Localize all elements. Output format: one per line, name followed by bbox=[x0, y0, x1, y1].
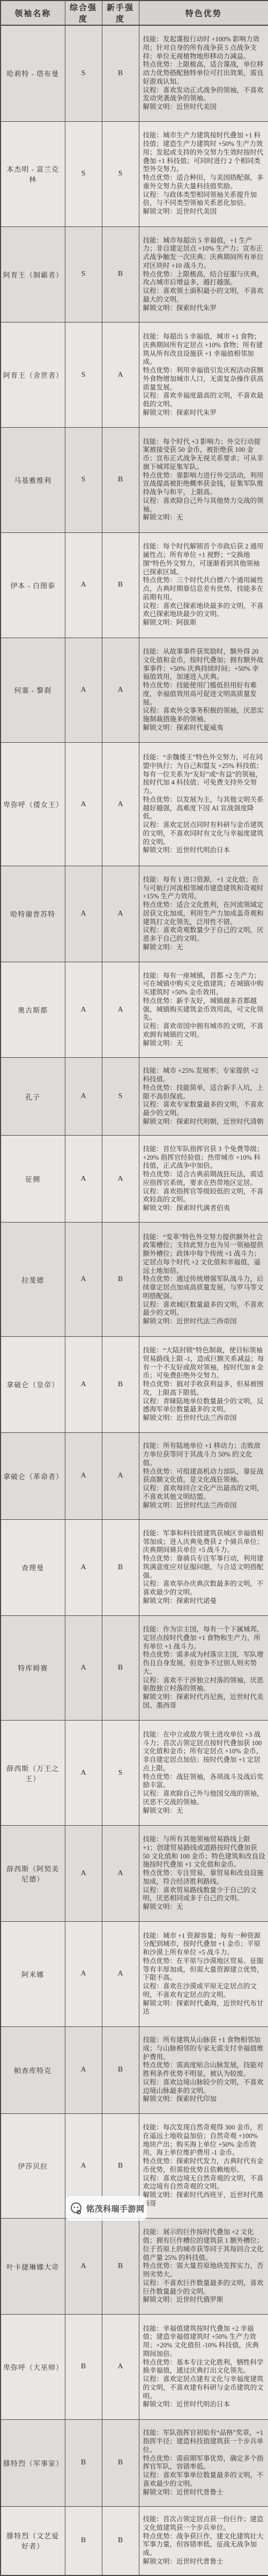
overall-grade-cell: A bbox=[65, 2026, 102, 2113]
leader-name-cell: 拉斐德 bbox=[1, 1223, 65, 1337]
leader-name-cell: 叶卡捷琳娜大帝 bbox=[1, 2219, 65, 2315]
table-row: 薛西斯（万王之王） A S 技能：在中立或敌方领土进攻单位 +3 战斗力；首次占… bbox=[1, 1721, 268, 1826]
table-row: 阿育王（制霸者） S B 技能：城市每超出 5 幸福值，+1 生产力；非自建定居… bbox=[1, 226, 268, 323]
leader-name-cell: 何塞 - 黎刹 bbox=[1, 638, 65, 743]
leader-name-cell: 特库姆赛 bbox=[1, 1615, 65, 1721]
watermark-logo-icon bbox=[69, 2201, 84, 2216]
table-row: 腓特烈（文艺爱好者） B B 技能：首次占领定居点获一份巨作；建造文化值建筑获一… bbox=[1, 2506, 268, 2575]
overall-grade-cell: B bbox=[65, 2315, 102, 2420]
leader-details-cell: 技能：每有 1 进口资源，+1 文化值；在与可航行河流相邻城市建造建筑和奇观时 … bbox=[139, 866, 268, 962]
overall-grade-cell: S bbox=[65, 121, 102, 226]
overall-grade-cell: A bbox=[65, 1615, 102, 1721]
watermark: 铭茂科瑞手游网 bbox=[65, 2196, 147, 2221]
newbie-grade-cell: A bbox=[102, 1136, 139, 1223]
leader-name-cell: 帕查库特克 bbox=[1, 2026, 65, 2113]
newbie-grade-cell: B bbox=[102, 1615, 139, 1721]
leader-name-cell: 拿破仑（革命者） bbox=[1, 1432, 65, 1519]
watermark-text: 铭茂科瑞手游网 bbox=[86, 2203, 145, 2214]
table-row: 何塞 - 黎刹 A A 技能：从故事事件获奖励时，额外得 20 文化值和金币，按… bbox=[1, 638, 268, 743]
leader-details-cell: 技能：“大陆封锁”特色制裁，使目标领袖贸易路线上限 -1，造成巨额关系减益；每有… bbox=[139, 1337, 268, 1433]
overall-grade-cell: S bbox=[65, 25, 102, 121]
overall-grade-cell: A bbox=[65, 2219, 102, 2315]
leader-details-cell: 技能：展示的巨作按时代叠加 +2 文化值；拥有巨作槽位的建筑获 1 额外槽位；位… bbox=[139, 2219, 268, 2315]
leader-name-cell: 阿育王（制霸者） bbox=[1, 226, 65, 323]
newbie-grade-cell: B bbox=[102, 226, 139, 323]
newbie-grade-cell: S bbox=[102, 1058, 139, 1136]
leader-tier-page: 领袖名称 综合强度 新手强度 特色优势 哈莉特 - 塔布曼 S B 技能：发起谍… bbox=[0, 0, 268, 2576]
leader-details-cell: 技能：作为宗主国，每有一个下属城邦，定居点按时代叠加 +1 食物和生产力，所有单… bbox=[139, 1615, 268, 1721]
newbie-grade-cell: B bbox=[102, 1337, 139, 1433]
leader-name-cell: 腓特烈（文艺爱好者） bbox=[1, 2506, 65, 2575]
leader-name-cell: 孔子 bbox=[1, 1058, 65, 1136]
table-row: 阿米娜 A A 技能：城市 +1 资源容量；每有一种资源分配到城市，按时代叠加 … bbox=[1, 1921, 268, 2026]
table-row: 查理曼 A B 技能：军事和科技值建筑获城区幸福值相邻加成；进入庆典免费获 2 … bbox=[1, 1519, 268, 1615]
overall-grade-cell: S bbox=[65, 323, 102, 428]
table-row: 卑弥呼（大巫师） B A 技能：幸福值建筑按时代叠加 +2 幸福值；建造幸福值建… bbox=[1, 2315, 268, 2420]
newbie-grade-cell: B bbox=[102, 25, 139, 121]
overall-grade-cell: A bbox=[65, 638, 102, 743]
table-row: 拉斐德 A B 技能：“变革”特色外交努力提供额外社会政策槽位；支持此努力也为另… bbox=[1, 1223, 268, 1337]
leader-name-cell: 卑弥呼（倭女王） bbox=[1, 743, 65, 866]
table-row: 薛西斯（阿契美尼德） A A 技能：与所有其他领袖贸易路线上限 +1；创建贸易路… bbox=[1, 1826, 268, 1922]
newbie-grade-cell: A bbox=[102, 1921, 139, 2026]
newbie-grade-cell: B bbox=[102, 2419, 139, 2506]
table-body: 哈莉特 - 塔布曼 S B 技能：发起谍报行动时 +100% 影响力效用；针对自… bbox=[1, 25, 268, 2575]
leader-details-cell: 技能：首位军队指挥官获 3 个免费等级；+20% 指挥官经验值；热带城市 +10… bbox=[139, 1136, 268, 1223]
newbie-grade-cell: A bbox=[102, 743, 139, 866]
header-leader-name: 领袖名称 bbox=[1, 1, 65, 25]
leader-details-cell: 技能：从故事事件获奖励时，额外得 20 文化值和金币，按时代叠加；拥有额外故事事… bbox=[139, 638, 268, 743]
newbie-grade-cell: B bbox=[102, 2219, 139, 2315]
leader-details-cell: 技能：“变革”特色外交努力提供额外社会政策槽位；支持此努力也为另一领袖提供额外槽… bbox=[139, 1223, 268, 1337]
leader-details-cell: 技能：军事和科技值建筑获城区幸福值相邻加成；进入庆典免费获 2 个骑兵单位；庆典… bbox=[139, 1519, 268, 1615]
leader-name-cell: 卑弥呼（大巫师） bbox=[1, 2315, 65, 2420]
newbie-grade-cell: A bbox=[102, 323, 139, 428]
leader-details-cell: 技能：每超出 5 幸福值，城市 +1 食物；庆典期间所有定居点 +10% 食物；… bbox=[139, 323, 268, 428]
overall-grade-cell: A bbox=[65, 1432, 102, 1519]
table-row: 伊本 - 白图泰 A B 技能：每个时代解锁首个市政后获 2 通用属性点；所有单… bbox=[1, 532, 268, 638]
overall-grade-cell: B bbox=[65, 2419, 102, 2506]
leader-details-cell: 技能：每个时代解锁首个市政后获 2 通用属性点；所有单位 +1 视野；“交换地图… bbox=[139, 532, 268, 638]
overall-grade-cell: A bbox=[65, 962, 102, 1058]
leader-name-cell: 阿米娜 bbox=[1, 1921, 65, 2026]
newbie-grade-cell: S bbox=[102, 121, 139, 226]
leader-name-cell: 拿破仑（皇帝） bbox=[1, 1337, 65, 1433]
leader-details-cell: 技能：每个时代 +3 影响力；外交行动提案被接受获 50 金币，被拒绝获 100… bbox=[139, 428, 268, 533]
overall-grade-cell: A bbox=[65, 866, 102, 962]
table-row: 叶卡捷琳娜大帝 A B 技能：展示的巨作按时代叠加 +2 文化值；拥有巨作槽位的… bbox=[1, 2219, 268, 2315]
leader-details-cell: 技能：所有建筑从山脉获 +1 食物相邻加成；与山脉相邻的专家无需支付幸福值维护费… bbox=[139, 2026, 268, 2113]
newbie-grade-cell: A bbox=[102, 638, 139, 743]
leader-details-cell: 技能：城市生产力建筑按时代叠加 +1 科技值；建造生产力建筑时 +50% 生产力… bbox=[139, 121, 268, 226]
overall-grade-cell: A bbox=[65, 1136, 102, 1223]
leader-name-cell: 本杰明 - 富兰克林 bbox=[1, 121, 65, 226]
leader-details-cell: 技能：城市 +25% 发展率；专家提供 +2 科技值。 特点优势：技能简单，适合… bbox=[139, 1058, 268, 1136]
leader-name-cell: 马基雅维利 bbox=[1, 428, 65, 533]
newbie-grade-cell: B bbox=[102, 532, 139, 638]
table-header-row: 领袖名称 综合强度 新手强度 特色优势 bbox=[1, 1, 268, 25]
newbie-grade-cell: A bbox=[102, 1826, 139, 1922]
leader-details-cell: 技能：首次占领定居点获一份巨作；建造文化值建筑获一个步兵单位。 特点优势：战争获… bbox=[139, 2506, 268, 2575]
leader-details-cell: 技能：在中立或敌方领土进攻单位 +3 战斗力；首次占领定居点按时代叠加获 100… bbox=[139, 1721, 268, 1826]
newbie-grade-cell: A bbox=[102, 866, 139, 962]
overall-grade-cell: B bbox=[65, 2506, 102, 2575]
overall-grade-cell: A bbox=[65, 1223, 102, 1337]
leader-details-cell: 技能：与所有其他领袖贸易路线上限 +1；创建贸易路线或道路按时代叠加获 50 文… bbox=[139, 1826, 268, 1922]
leader-details-cell: 技能：所有陆地单位 +1 移动力；击败敌方单位获等同于其战斗力 50% 的文化值… bbox=[139, 1432, 268, 1519]
newbie-grade-cell: B bbox=[102, 1519, 139, 1615]
table-row: 征侧 A A 技能：首位军队指挥官获 3 个免费等级；+20% 指挥官经验值；热… bbox=[1, 1136, 268, 1223]
newbie-grade-cell: A bbox=[102, 962, 139, 1058]
table-row: 特库姆赛 A B 技能：作为宗主国，每有一个下属城邦，定居点按时代叠加 +1 食… bbox=[1, 1615, 268, 1721]
overall-grade-cell: A bbox=[65, 1826, 102, 1922]
overall-grade-cell: A bbox=[65, 743, 102, 866]
table-row: 腓特烈（军事家） B B 技能：军队指挥官初始有“品格”奖章，+1 指挥半径；建… bbox=[1, 2419, 268, 2506]
leader-name-cell: 哈莉特 - 塔布曼 bbox=[1, 25, 65, 121]
table-row: 阿育王（舍世者） S A 技能：每超出 5 幸福值，城市 +1 食物；庆典期间所… bbox=[1, 323, 268, 428]
header-overall-strength: 综合强度 bbox=[65, 1, 102, 25]
newbie-grade-cell: A bbox=[102, 2315, 139, 2420]
leader-name-cell: 伊莎贝拉 bbox=[1, 2113, 65, 2219]
leader-details-cell: 技能：“亲魏倭王”特色外交努力，可在同盟中执行；为自己和盟友 +25% 科技值；… bbox=[139, 743, 268, 866]
newbie-grade-cell: A bbox=[102, 1432, 139, 1519]
table-row: 奥古斯都 A A 技能：每有一座城镇，首都 +2 生产力；可在城镇中购买文化值建… bbox=[1, 962, 268, 1058]
leader-details-cell: 技能：发起谍报行动时 +100% 影响力效用；针对自身的所有战争获 5 点战争支… bbox=[139, 25, 268, 121]
table-row: 哈莉特 - 塔布曼 S B 技能：发起谍报行动时 +100% 影响力效用；针对自… bbox=[1, 25, 268, 121]
leader-details-cell: 技能：每有一座城镇，首都 +2 生产力；可在城镇中购买文化值建筑；在城镇中购买建… bbox=[139, 962, 268, 1058]
overall-grade-cell: S bbox=[65, 226, 102, 323]
table-row: 拿破仑（皇帝） A B 技能：“大陆封锁”特色制裁，使目标领袖贸易路线上限 -1… bbox=[1, 1337, 268, 1433]
overall-grade-cell: A bbox=[65, 1519, 102, 1615]
newbie-grade-cell: B bbox=[102, 2506, 139, 2575]
overall-grade-cell: A bbox=[65, 1921, 102, 2026]
leader-details-cell: 技能：城市 +1 资源容量；每有一种资源分配到城市，按时代叠加 +1 金币；平原… bbox=[139, 1921, 268, 2026]
table-row: 本杰明 - 富兰克林 S S 技能：城市生产力建筑按时代叠加 +1 科技值；建造… bbox=[1, 121, 268, 226]
leader-name-cell: 阿育王（舍世者） bbox=[1, 323, 65, 428]
header-special-advantages: 特色优势 bbox=[139, 1, 268, 25]
leader-details-cell: 技能：每次发现自然奇观得 300 金币，若在遥远土地收益加倍；自然奇观 +100… bbox=[139, 2113, 268, 2219]
overall-grade-cell: A bbox=[65, 1058, 102, 1136]
leader-details-cell: 技能：幸福值建筑按时代叠加 +2 幸福值；建造幸福值建筑时 +50% 生产力效用… bbox=[139, 2315, 268, 2420]
leader-name-cell: 征侧 bbox=[1, 1136, 65, 1223]
newbie-grade-cell: B bbox=[102, 1223, 139, 1337]
leader-tier-table: 领袖名称 综合强度 新手强度 特色优势 哈莉特 - 塔布曼 S B 技能：发起谍… bbox=[0, 0, 268, 2576]
overall-grade-cell: A bbox=[65, 1337, 102, 1433]
leader-name-cell: 薛西斯（万王之王） bbox=[1, 1721, 65, 1826]
leader-name-cell: 薛西斯（阿契美尼德） bbox=[1, 1826, 65, 1922]
leader-name-cell: 查理曼 bbox=[1, 1519, 65, 1615]
leader-name-cell: 腓特烈（军事家） bbox=[1, 2419, 65, 2506]
overall-grade-cell: A bbox=[65, 1721, 102, 1826]
leader-name-cell: 伊本 - 白图泰 bbox=[1, 532, 65, 638]
header-newbie-strength: 新手强度 bbox=[102, 1, 139, 25]
table-row: 帕查库特克 A B 技能：所有建筑从山脉获 +1 食物相邻加成；与山脉相邻的专家… bbox=[1, 2026, 268, 2113]
leader-name-cell: 奥古斯都 bbox=[1, 962, 65, 1058]
table-row: 马基雅维利 S B 技能：每个时代 +3 影响力；外交行动提案被接受获 50 金… bbox=[1, 428, 268, 533]
newbie-grade-cell: B bbox=[102, 2026, 139, 2113]
leader-name-cell: 哈特谢普苏特 bbox=[1, 866, 65, 962]
newbie-grade-cell: B bbox=[102, 428, 139, 533]
leader-details-cell: 技能：军队指挥官初始有“品格”奖章，+1 指挥半径；建造科技值建筑获一个步兵单位… bbox=[139, 2419, 268, 2506]
table-row: 孔子 A S 技能：城市 +25% 发展率；专家提供 +2 科技值。 特点优势：… bbox=[1, 1058, 268, 1136]
table-row: 拿破仑（革命者） A A 技能：所有陆地单位 +1 移动力；击败敌方单位获等同于… bbox=[1, 1432, 268, 1519]
leader-details-cell: 技能：城市每超出 5 幸福值，+1 生产力；非自建定居点 +10% 生产力；宣布… bbox=[139, 226, 268, 323]
table-row: 卑弥呼（倭女王） A A 技能：“亲魏倭王”特色外交努力，可在同盟中执行；为自己… bbox=[1, 743, 268, 866]
table-row: 哈特谢普苏特 A A 技能：每有 1 进口资源，+1 文化值；在与可航行河流相邻… bbox=[1, 866, 268, 962]
newbie-grade-cell: S bbox=[102, 1721, 139, 1826]
overall-grade-cell: S bbox=[65, 428, 102, 533]
overall-grade-cell: A bbox=[65, 532, 102, 638]
